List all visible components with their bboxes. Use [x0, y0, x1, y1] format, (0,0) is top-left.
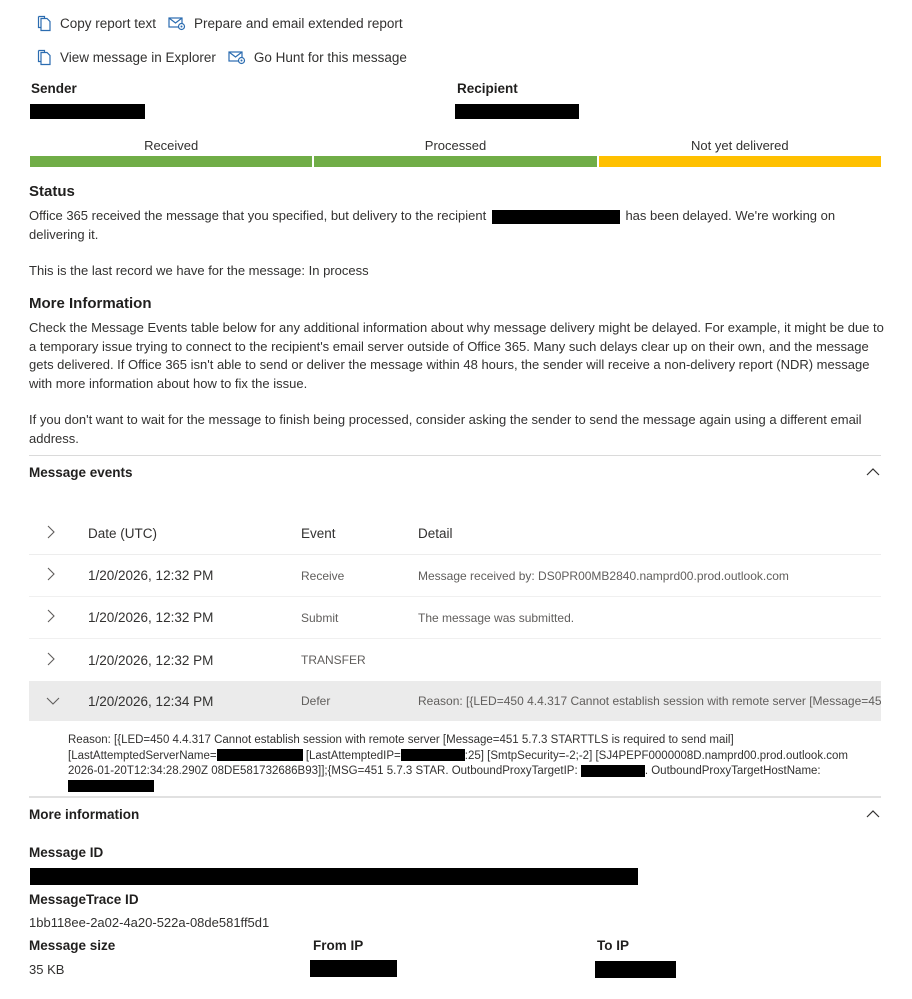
message-events-title: Message events	[29, 465, 133, 480]
prepare-email-report-button[interactable]: Prepare and email extended report	[168, 16, 403, 31]
from-ip-redacted	[310, 960, 397, 977]
last-record-text: This is the last record we have for the …	[29, 262, 885, 281]
sender-value-redacted	[30, 104, 145, 119]
chevron-down-icon[interactable]	[29, 694, 88, 709]
message-events-table: Date (UTC) Event Detail 1/20/2026, 12:32…	[29, 512, 881, 721]
stage-processed: Processed	[314, 138, 596, 167]
chevron-right-icon[interactable]	[29, 567, 88, 584]
message-trace-id-label: MessageTrace ID	[29, 892, 139, 907]
table-row[interactable]: 1/20/2026, 12:32 PM Submit The message w…	[29, 597, 881, 639]
proxy-ip-redacted	[581, 765, 645, 777]
expanded-event-detail: Reason: [{LED=450 4.4.317 Cannot establi…	[68, 733, 880, 795]
mail-settings-icon	[168, 16, 186, 31]
message-trace-id-value: 1bb118ee-2a02-4a20-522a-08de581ff5d1	[29, 915, 269, 930]
to-ip-label: To IP	[597, 938, 629, 953]
divider	[29, 455, 881, 456]
column-header-detail[interactable]: Detail	[418, 526, 881, 541]
go-hunt-button[interactable]: Go Hunt for this message	[228, 50, 407, 65]
chevron-right-icon[interactable]	[29, 609, 88, 626]
message-size-label: Message size	[29, 938, 115, 953]
message-events-header[interactable]: Message events	[29, 464, 881, 480]
column-header-date[interactable]: Date (UTC)	[88, 526, 301, 541]
more-information-section-header[interactable]: More information	[29, 806, 881, 822]
action-row-1: Copy report text Prepare and email exten…	[36, 15, 403, 32]
table-row[interactable]: 1/20/2026, 12:32 PM Receive Message rece…	[29, 555, 881, 597]
status-heading: Status	[29, 183, 75, 200]
proxy-hostname-redacted	[68, 780, 154, 792]
divider	[29, 796, 881, 798]
chevron-right-icon[interactable]	[29, 652, 88, 669]
table-header-row: Date (UTC) Event Detail	[29, 512, 881, 555]
copy-report-text-button[interactable]: Copy report text	[36, 15, 156, 32]
expand-all-chevron[interactable]	[29, 525, 88, 542]
to-ip-redacted	[595, 961, 676, 978]
more-information-paragraph-2: If you don't want to wait for the messag…	[29, 411, 885, 448]
recipient-redacted	[492, 210, 620, 224]
ip-redacted	[401, 749, 465, 761]
action-row-2: View message in Explorer Go Hunt for thi…	[36, 49, 407, 66]
message-id-label: Message ID	[29, 845, 103, 860]
view-in-explorer-label: View message in Explorer	[60, 50, 216, 65]
mail-settings-icon	[228, 50, 246, 65]
copy-report-text-label: Copy report text	[60, 16, 156, 31]
chevron-up-icon[interactable]	[865, 806, 881, 822]
table-row-selected[interactable]: 1/20/2026, 12:34 PM Defer Reason: [{LED=…	[29, 681, 881, 721]
server-name-redacted	[217, 749, 303, 761]
copy-icon	[36, 49, 52, 66]
recipient-label: Recipient	[457, 81, 518, 96]
status-text: Office 365 received the message that you…	[29, 207, 885, 244]
stage-received: Received	[30, 138, 312, 167]
table-row[interactable]: 1/20/2026, 12:32 PM TRANSFER	[29, 639, 881, 681]
view-in-explorer-button[interactable]: View message in Explorer	[36, 49, 216, 66]
sender-label: Sender	[31, 81, 77, 96]
recipient-value-redacted	[455, 104, 579, 119]
from-ip-label: From IP	[313, 938, 363, 953]
more-information-title: More information	[29, 807, 139, 822]
more-information-paragraph-1: Check the Message Events table below for…	[29, 319, 885, 393]
stage-not-yet-delivered: Not yet delivered	[599, 138, 881, 167]
prepare-email-report-label: Prepare and email extended report	[194, 16, 403, 31]
message-id-redacted	[30, 868, 638, 885]
column-header-event[interactable]: Event	[301, 526, 418, 541]
delivery-progress: Received Processed Not yet delivered	[30, 138, 881, 167]
message-size-value: 35 KB	[29, 962, 64, 977]
go-hunt-label: Go Hunt for this message	[254, 50, 407, 65]
more-information-heading: More Information	[29, 295, 152, 312]
chevron-up-icon[interactable]	[865, 464, 881, 480]
copy-icon	[36, 15, 52, 32]
